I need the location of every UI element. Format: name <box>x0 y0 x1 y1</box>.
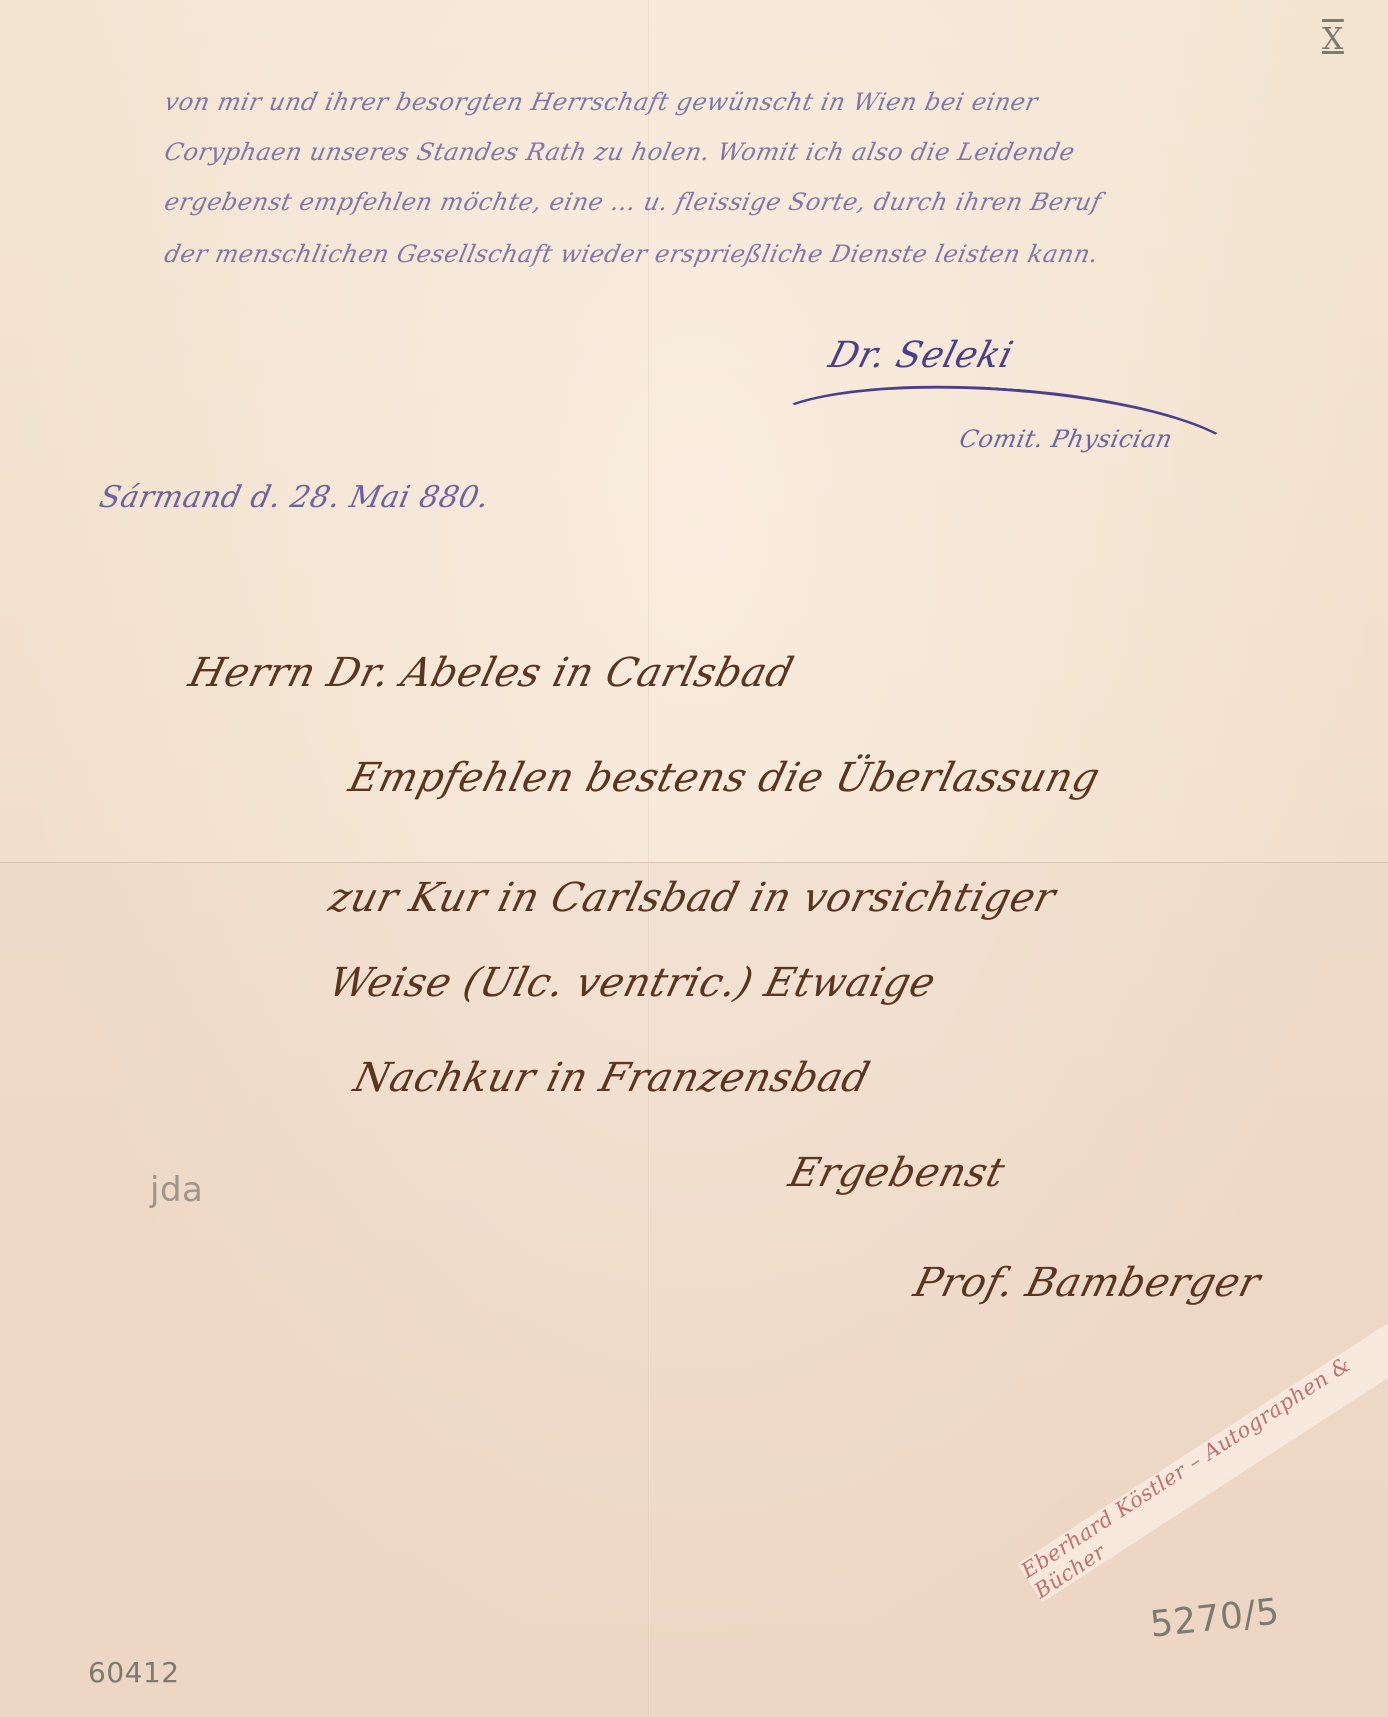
inventory-number: 60412 <box>88 1656 180 1689</box>
upper-text-line: von mir und ihrer besorgten Herrschaft g… <box>162 88 1041 116</box>
pencil-note: jda <box>150 1170 203 1210</box>
upper-text-line: der menschlichen Gesellschaft wieder ers… <box>162 240 1101 268</box>
upper-text-line: Coryphaen unseres Standes Rath zu holen.… <box>162 138 1078 166</box>
lower-signature: Prof. Bamberger <box>909 1260 1265 1306</box>
page-marker: X <box>1322 22 1344 57</box>
upper-signature-title: Comit. Physician <box>957 425 1175 453</box>
lower-text-line: Nachkur in Franzensbad <box>349 1055 874 1101</box>
recipient-line: Herrn Dr. Abeles in Carlsbad <box>184 650 798 696</box>
dateline: Sármand d. 28. Mai 880. <box>96 480 492 515</box>
lower-text-line: Weise (Ulc. ventric.) Etwaige <box>324 960 940 1006</box>
upper-text-line: ergebenst empfehlen möchte, eine ... u. … <box>162 188 1104 216</box>
closing-line: Ergebenst <box>784 1150 1009 1196</box>
upper-signature-name: Dr. Seleki <box>825 335 1018 376</box>
lower-text-line: zur Kur in Carlsbad in vorsichtiger <box>324 875 1060 921</box>
horizontal-fold-line <box>0 862 1388 864</box>
lower-text-line: Empfehlen bestens die Überlassung <box>344 755 1104 801</box>
letter-page: X von mir und ihrer besorgten Herrschaft… <box>0 0 1388 1717</box>
